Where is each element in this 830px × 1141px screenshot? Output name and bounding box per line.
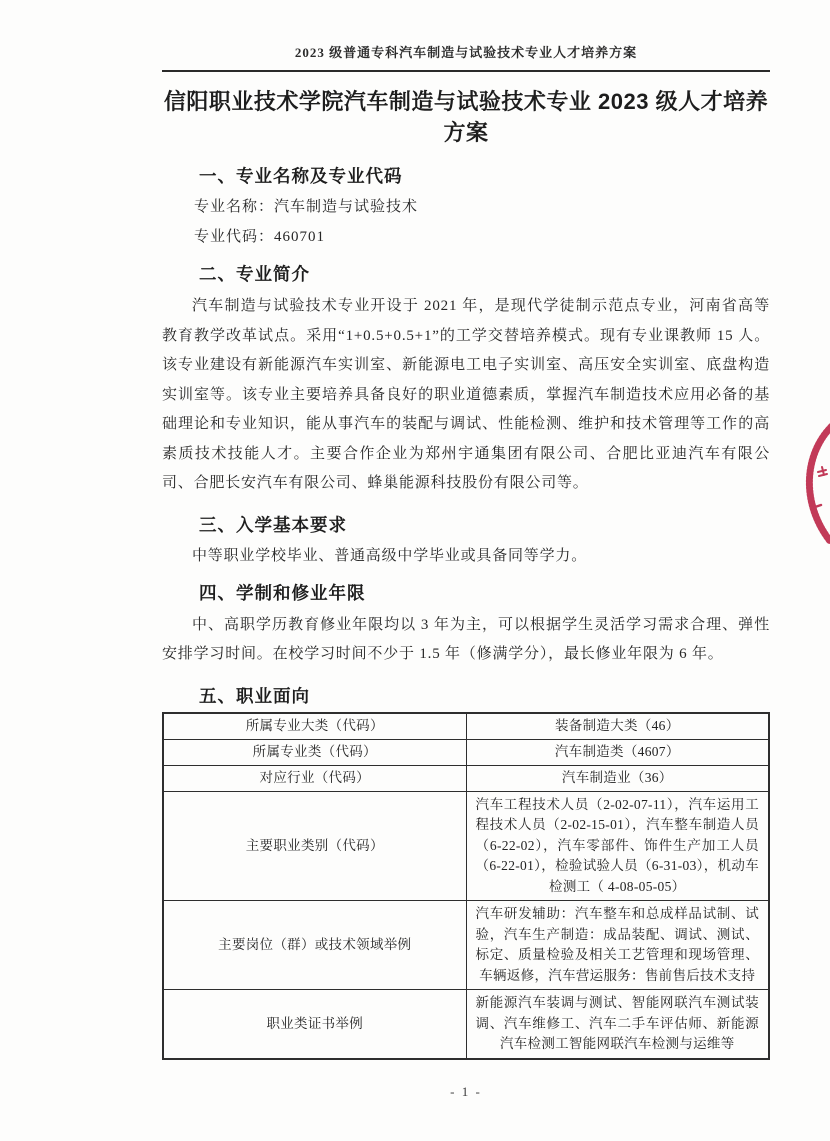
running-header: 2023 级普通专科汽车制造与试验技术专业人才培养方案 — [162, 0, 770, 62]
table-row-label: 对应行业（代码） — [163, 765, 466, 791]
table-row: 主要岗位（群）或技术领域举例 汽车研发辅助：汽车整车和总成样品试制、试验，汽车生… — [163, 901, 769, 990]
table-row: 主要职业类别（代码） 汽车工程技术人员（2-02-07-11），汽车运用工程技术… — [163, 791, 769, 901]
section2-heading: 二、专业简介 — [199, 262, 770, 286]
table-row-value: 汽车制造类（4607） — [466, 739, 769, 765]
table-row-value: 新能源汽车装调与测试、智能网联汽车测试装调、汽车维修工、汽车二手车评估师、新能源… — [466, 990, 769, 1059]
header-rule — [162, 70, 770, 72]
section1-heading: 一、专业名称及专业代码 — [199, 164, 770, 188]
section3-paragraph: 中等职业学校毕业、普通高级中学毕业或具备同等学力。 — [162, 545, 770, 567]
document-content: 2023 级普通专科汽车制造与试验技术专业人才培养方案 信阳职业技术学院汽车制造… — [162, 0, 770, 1100]
table-row-label: 所属专业类（代码） — [163, 739, 466, 765]
table-row-label: 所属专业大类（代码） — [163, 713, 466, 740]
career-orientation-table: 所属专业大类（代码） 装备制造大类（46） 所属专业类（代码） 汽车制造类（46… — [162, 712, 770, 1060]
table-row-value: 装备制造大类（46） — [466, 713, 769, 740]
major-name-line: 专业名称：汽车制造与试验技术 — [194, 196, 770, 218]
table-row-value: 汽车制造业（36） — [466, 765, 769, 791]
section5-heading: 五、职业面向 — [199, 684, 770, 708]
section3-heading: 三、入学基本要求 — [199, 513, 770, 537]
table-row: 所属专业大类（代码） 装备制造大类（46） — [163, 713, 769, 740]
table-row-value: 汽车工程技术人员（2-02-07-11），汽车运用工程技术人员（2-02-15-… — [466, 791, 769, 901]
document-title: 信阳职业技术学院汽车制造与试验技术专业 2023 级人才培养方案 — [162, 86, 770, 148]
table-row: 对应行业（代码） 汽车制造业（36） — [163, 765, 769, 791]
red-stamp-icon — [788, 420, 830, 545]
section4-paragraph: 中、高职学历教育修业年限均以 3 年为主，可以根据学生灵活学习需求合理、弹性安排… — [162, 611, 770, 670]
section2-paragraph: 汽车制造与试验技术专业开设于 2021 年，是现代学徒制示范点专业，河南省高等教… — [162, 292, 770, 499]
major-code-line: 专业代码：460701 — [194, 226, 770, 248]
section4-heading: 四、学制和修业年限 — [199, 581, 770, 605]
table-row: 所属专业类（代码） 汽车制造类（4607） — [163, 739, 769, 765]
table-row-label: 主要岗位（群）或技术领域举例 — [163, 901, 466, 990]
document-page: 2023 级普通专科汽车制造与试验技术专业人才培养方案 信阳职业技术学院汽车制造… — [0, 0, 830, 1141]
table-row-value: 汽车研发辅助：汽车整车和总成样品试制、试验，汽车生产制造：成品装配、调试、测试、… — [466, 901, 769, 990]
page-number: - 1 - — [162, 1084, 770, 1100]
table-row-label: 主要职业类别（代码） — [163, 791, 466, 901]
table-row-label: 职业类证书举例 — [163, 990, 466, 1059]
table-row: 职业类证书举例 新能源汽车装调与测试、智能网联汽车测试装调、汽车维修工、汽车二手… — [163, 990, 769, 1059]
